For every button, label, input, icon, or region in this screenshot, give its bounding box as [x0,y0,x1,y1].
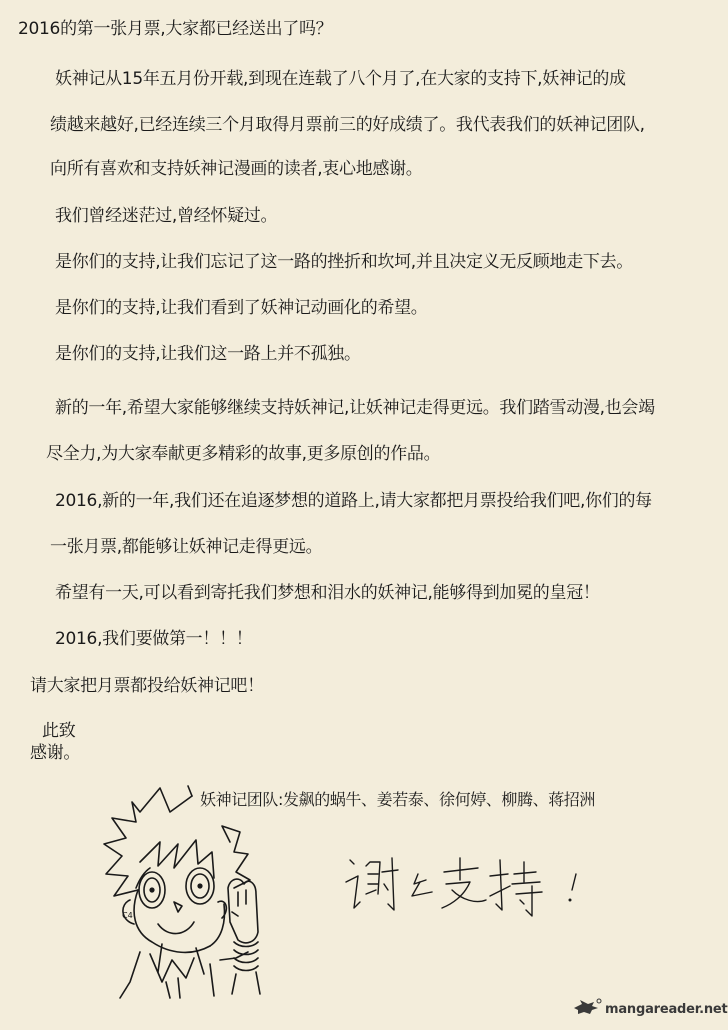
letter-closing: 感谢。 [30,742,80,764]
svg-text:C4: C4 [122,911,133,920]
letter-paragraph: 新的一年,希望大家能够继续支持妖神记,让妖神记走得更远。我们踏雪动漫,也会竭 [55,397,655,419]
letter-title: 2016的第一张月票,大家都已经送出了吗？ [18,18,332,40]
letter-paragraph: 希望有一天,可以看到寄托我们梦想和泪水的妖神记,能够得到加冕的皇冠！ [55,582,600,604]
letter-paragraph: 向所有喜欢和支持妖神记漫画的读者,衷心地感谢。 [50,158,423,180]
letter-paragraph: 我们曾经迷茫过,曾经怀疑过。 [55,205,277,227]
letter-paragraph: 2016,新的一年,我们还在追逐梦想的道路上,请大家都把月票投给我们吧,你们的每 [55,490,652,512]
letter-paragraph: 请大家把月票都投给妖神记吧！ [30,675,264,697]
letter-paragraph: 绩越来越好,已经连续三个月取得月票前三的好成绩了。我代表我们的妖神记团队, [50,114,645,136]
letter-closing: 此致 [42,720,75,742]
watermark: mangareader.net [572,998,728,1020]
handwritten-thanks: 谢谢支持！ [340,838,600,932]
watermark-text: mangareader.net [605,1002,728,1017]
letter-paragraph: 一张月票,都能够让妖神记走得更远。 [50,536,322,558]
chibi-character-waving-sketch-icon: C4 [100,782,300,1006]
letter-paragraph: 2016,我们要做第一！！！ [55,628,252,650]
letter-paragraph: 是你们的支持,让我们这一路上并不孤独。 [55,343,361,365]
letter-paragraph: 是你们的支持,让我们看到了妖神记动画化的希望。 [55,297,428,319]
letter-paragraph: 是你们的支持,让我们忘记了这一路的挫折和坎坷,并且决定义无反顾地走下去。 [55,251,633,273]
letter-paragraph: 尽全力,为大家奉献更多精彩的故事,更多原创的作品。 [46,443,440,465]
manga-reader-logo-icon [572,998,602,1020]
letter-paragraph: 妖神记从15年五月份开载,到现在连载了八个月了,在大家的支持下,妖神记的成 [55,68,626,90]
